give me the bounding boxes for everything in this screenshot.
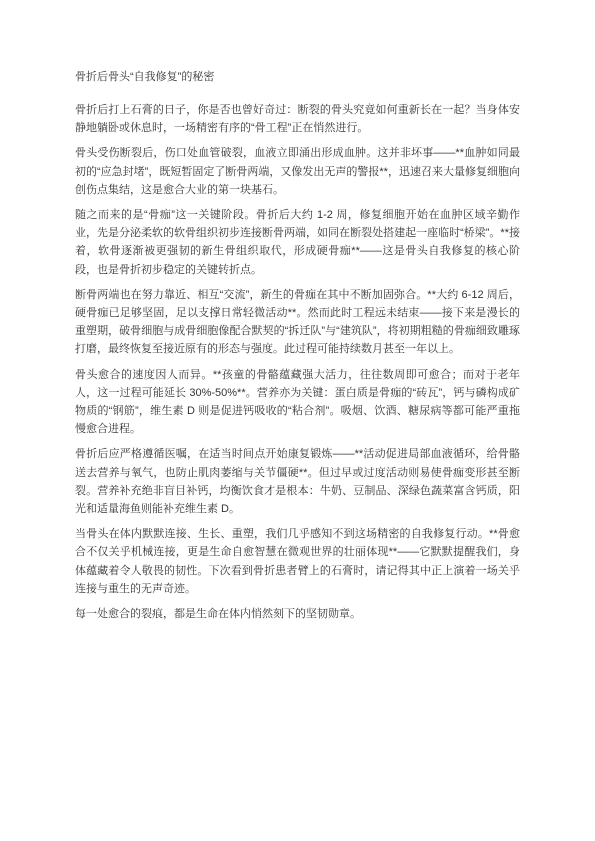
paragraph: 骨头受伤断裂后，伤口处血管破裂，血液立即涌出形成血肿。这并非坏事——**血肿如同…: [75, 144, 520, 199]
paragraph: 当骨头在体内默默连接、生长、重塑，我们几乎感知不到这场精密的自我修复行动。**骨…: [75, 525, 520, 598]
document-page: 骨折后骨头“自我修复”的秘密 骨折后打上石膏的日子，你是否也曾好奇过：断裂的骨头…: [0, 0, 595, 841]
paragraph: 随之而来的是“骨痂”这一关键阶段。骨折后大约 1-2 周，修复细胞开始在血肿区域…: [75, 206, 520, 279]
document-content: 骨折后骨头“自我修复”的秘密 骨折后打上石膏的日子，你是否也曾好奇过：断裂的骨头…: [75, 68, 520, 623]
document-title: 骨折后骨头“自我修复”的秘密: [75, 68, 520, 86]
paragraph-list: 骨折后打上石膏的日子，你是否也曾好奇过：断裂的骨头究竟如何重新长在一起？当身体安…: [75, 101, 520, 623]
paragraph: 骨折后打上石膏的日子，你是否也曾好奇过：断裂的骨头究竟如何重新长在一起？当身体安…: [75, 101, 520, 137]
paragraph: 每一处愈合的裂痕，都是生命在体内悄然刻下的坚韧勋章。: [75, 605, 520, 623]
paragraph: 骨折后应严格遵循医嘱，在适当时间点开始康复锻炼——**活动促进局部血液循环，给骨…: [75, 445, 520, 518]
paragraph: 骨头愈合的速度因人而异。**孩童的骨骼蕴藏强大活力，往往数周即可愈合；而对于老年…: [75, 366, 520, 439]
paragraph: 断骨两端也在努力靠近、相互“交流”，新生的骨痂在其中不断加固弥合。**大约 6-…: [75, 286, 520, 359]
